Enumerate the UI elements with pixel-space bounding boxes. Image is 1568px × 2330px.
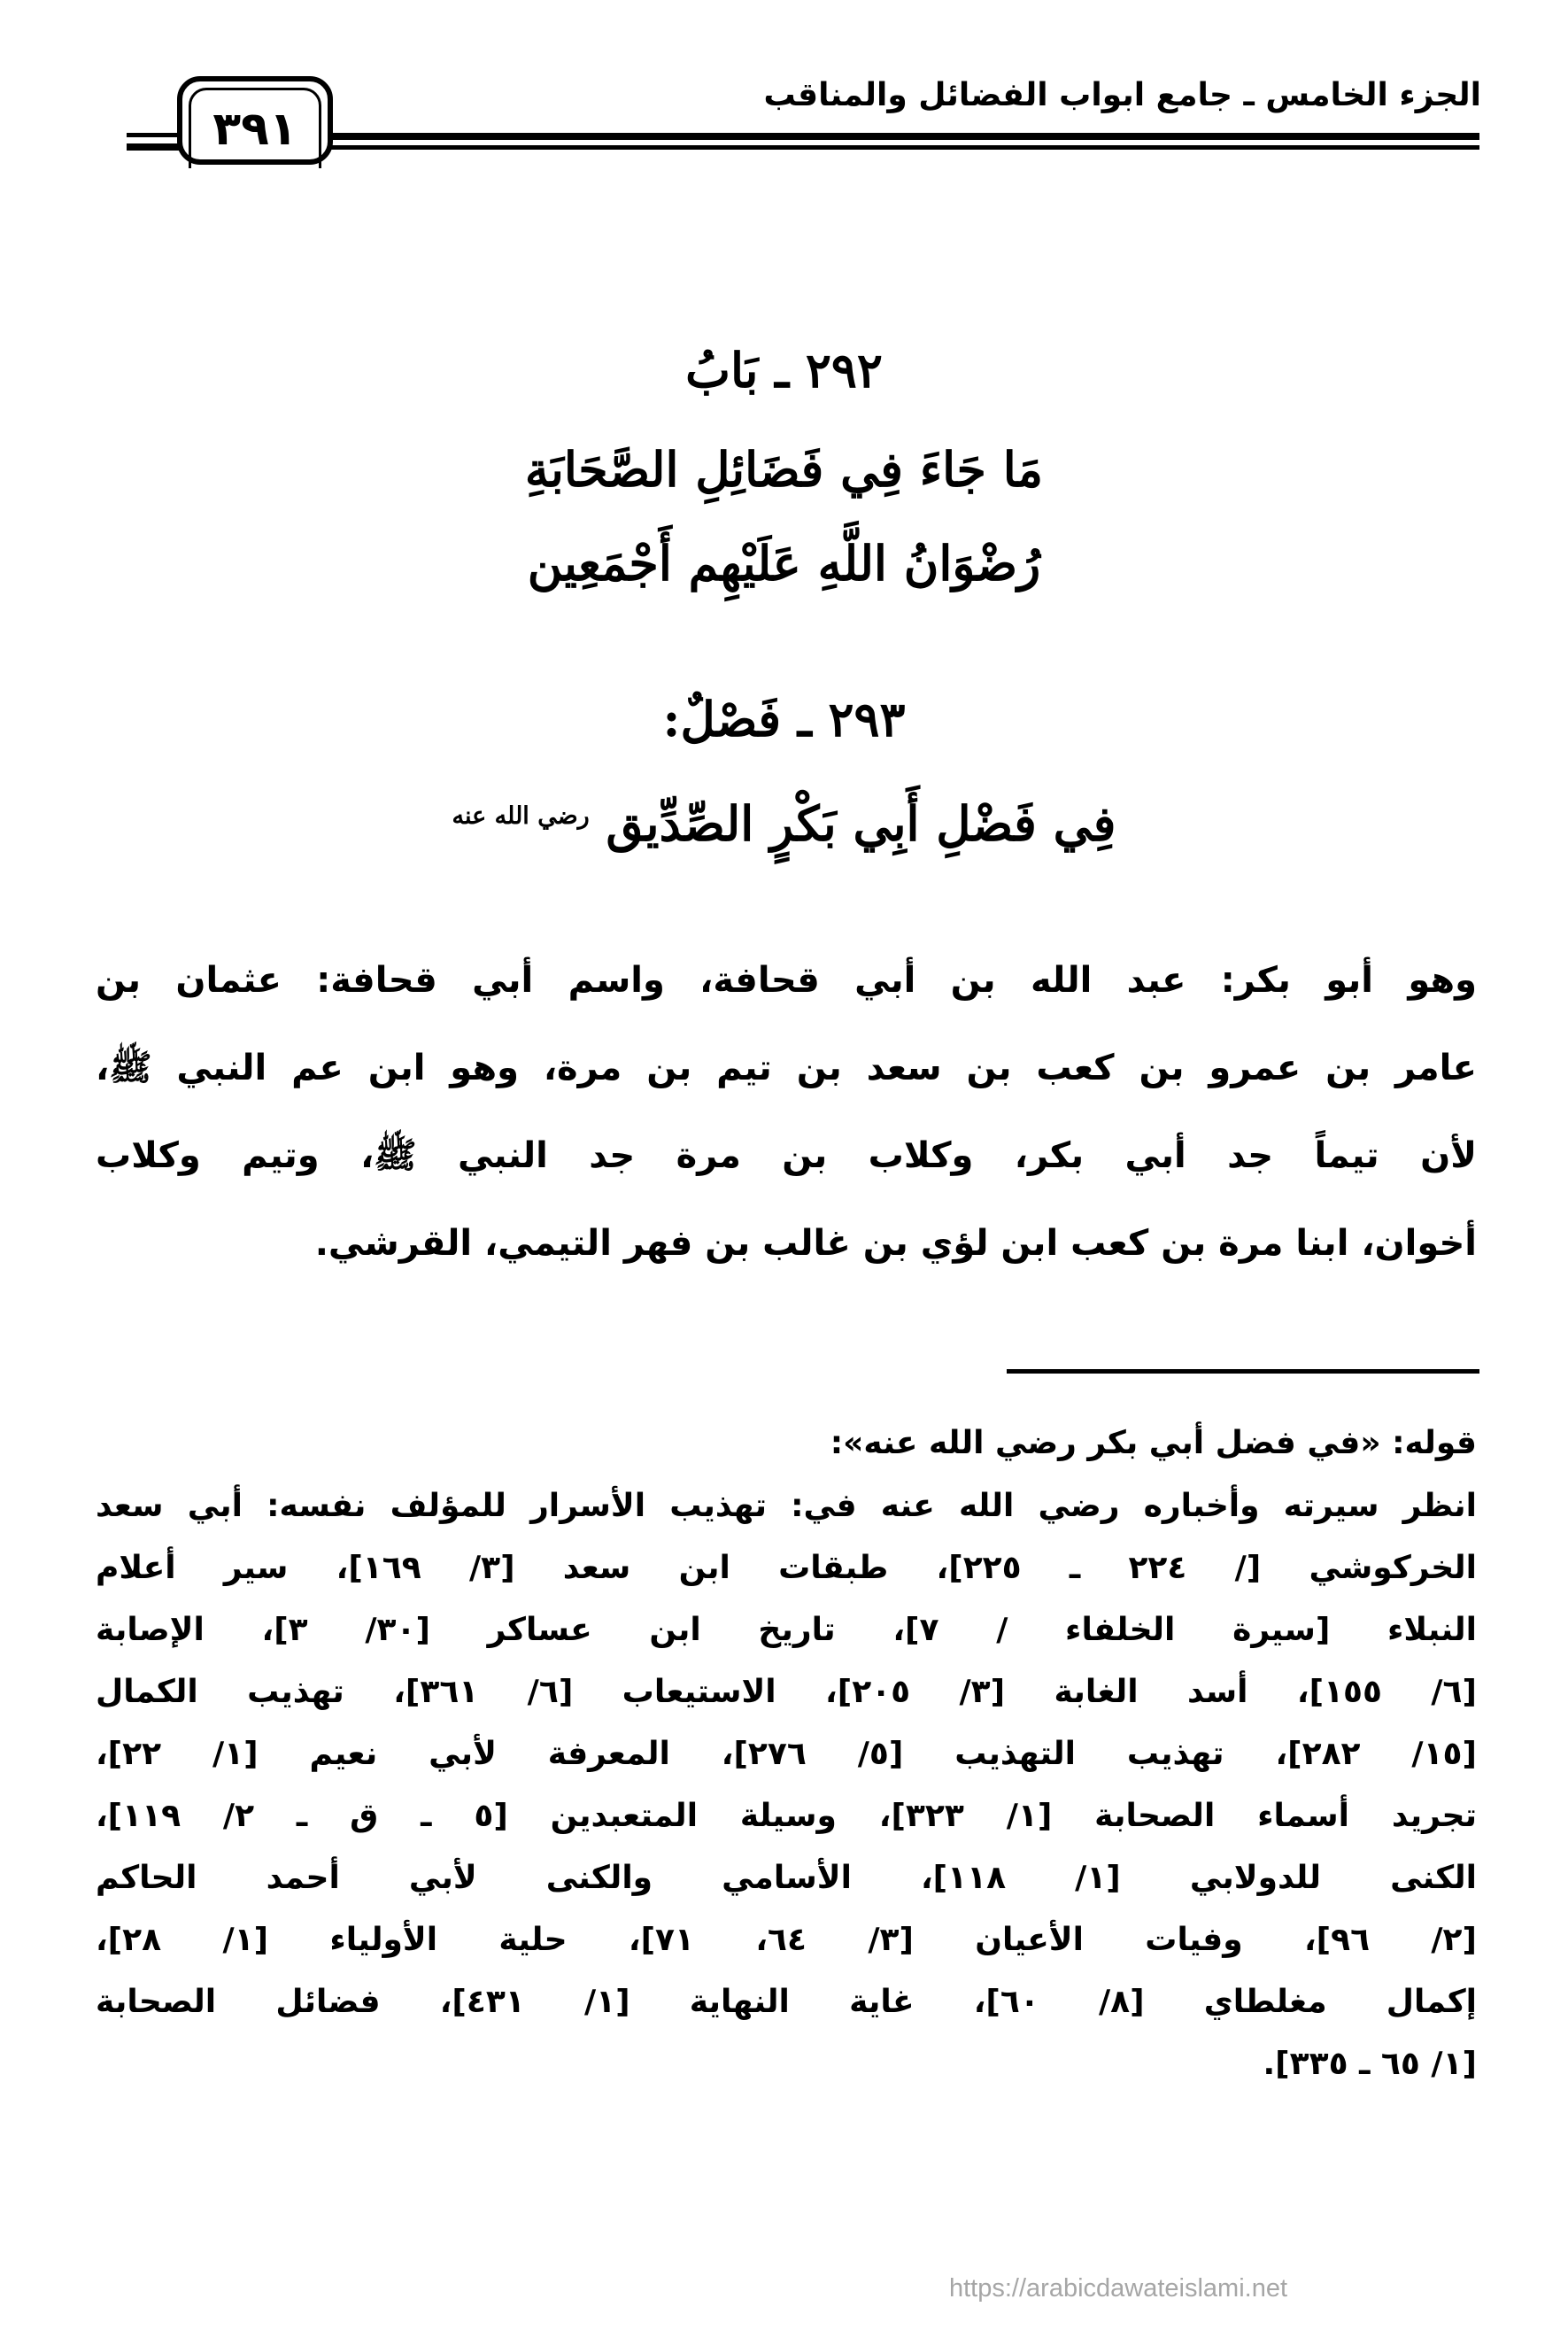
- footnote-line-7: الكنى للدولابي [١/ ١١٨]، الأسامي والكنى …: [96, 1847, 1477, 1909]
- footnote-separator: [1007, 1369, 1479, 1374]
- fasl-title-text: فِي فَضْلِ أَبِي بَكْرٍ الصِّدِّيق: [606, 795, 1116, 852]
- footnote-line-6: تجريد أسماء الصحابة [١/ ٣٢٣]، وسيلة المت…: [96, 1785, 1477, 1847]
- footnote-line-9: إكمال مغلطاي [٨/ ٦٠]، غاية النهاية [١/ ٤…: [96, 1971, 1477, 2033]
- bab-title-line-2: رُضْوَانُ اللَّهِ عَلَيْهِم أَجْمَعِين: [0, 526, 1568, 600]
- footnote-label: قوله: «في فضل أبي بكر رضي الله عنه»:: [96, 1412, 1477, 1475]
- footnote-line-3: النبلاء [سيرة الخلفاء / ٧]، تاريخ ابن عس…: [96, 1599, 1477, 1661]
- running-header-title: الجزء الخامس ـ جامع ابواب الفضائل والمنا…: [763, 74, 1481, 117]
- header-rule-left-thick: [127, 143, 180, 151]
- footnote-line-1: انظر سيرته وأخباره رضي الله عنه في: تهذي…: [96, 1475, 1477, 1537]
- body-paragraph: وهو أبو بكر: عبد الله بن أبي قحافة، واسم…: [96, 937, 1477, 1288]
- fasl-title: فِي فَضْلِ أَبِي بَكْرٍ الصِّدِّيق رضي ا…: [0, 779, 1568, 861]
- body-line-4: أخوان، ابنا مرة بن كعب ابن لؤي بن غالب ب…: [96, 1200, 1477, 1288]
- watermark-url: https://arabicdawateislami.net: [949, 2274, 1287, 2303]
- bab-title-line-1: مَا جَاءَ فِي فَضَائِلِ الصَّحَابَةِ: [0, 432, 1568, 507]
- footnote-line-5: [١٥/ ٢٨٢]، تهذيب التهذيب [٥/ ٢٧٦]، المعر…: [96, 1723, 1477, 1785]
- footnote-line-4: [٦/ ١٥٥]، أسد الغابة [٣/ ٢٠٥]، الاستيعاب…: [96, 1661, 1477, 1723]
- fasl-number-heading: ٢٩٣ ـ فَصْلٌ:: [0, 682, 1568, 756]
- body-line-3: لأن تيماً جد أبي بكر، وكلاب بن مرة جد ال…: [96, 1112, 1477, 1200]
- footnote-line-2: الخركوشي [/ ٢٢٤ ـ ٢٢٥]، طبقات ابن سعد [٣…: [96, 1537, 1477, 1599]
- footnote-line-8: [٢/ ٩٦]، وفيات الأعيان [٣/ ٦٤، ٧١]، حلية…: [96, 1909, 1477, 1971]
- header-rule-thin: [329, 145, 1479, 150]
- page-number-frame: ٣٩١: [177, 76, 333, 165]
- book-page: الجزء الخامس ـ جامع ابواب الفضائل والمنا…: [0, 0, 1568, 2330]
- bab-number-heading: ٢٩٢ ـ بَابُ: [0, 335, 1568, 406]
- header-rule-thick: [329, 133, 1479, 140]
- body-line-1: وهو أبو بكر: عبد الله بن أبي قحافة، واسم…: [96, 937, 1477, 1025]
- page-number: ٣٩١: [189, 88, 321, 168]
- body-line-2: عامر بن عمرو بن كعب بن سعد بن تيم بن مرة…: [96, 1025, 1477, 1112]
- footnote-line-10: [١/ ٦٥ ـ ٣٣٥].: [96, 2033, 1477, 2095]
- footnotes-section: قوله: «في فضل أبي بكر رضي الله عنه»: انظ…: [96, 1412, 1477, 2095]
- header-rule-left-thin: [127, 133, 180, 137]
- honorific-calligraphy-icon: رضي الله عنه: [452, 802, 590, 830]
